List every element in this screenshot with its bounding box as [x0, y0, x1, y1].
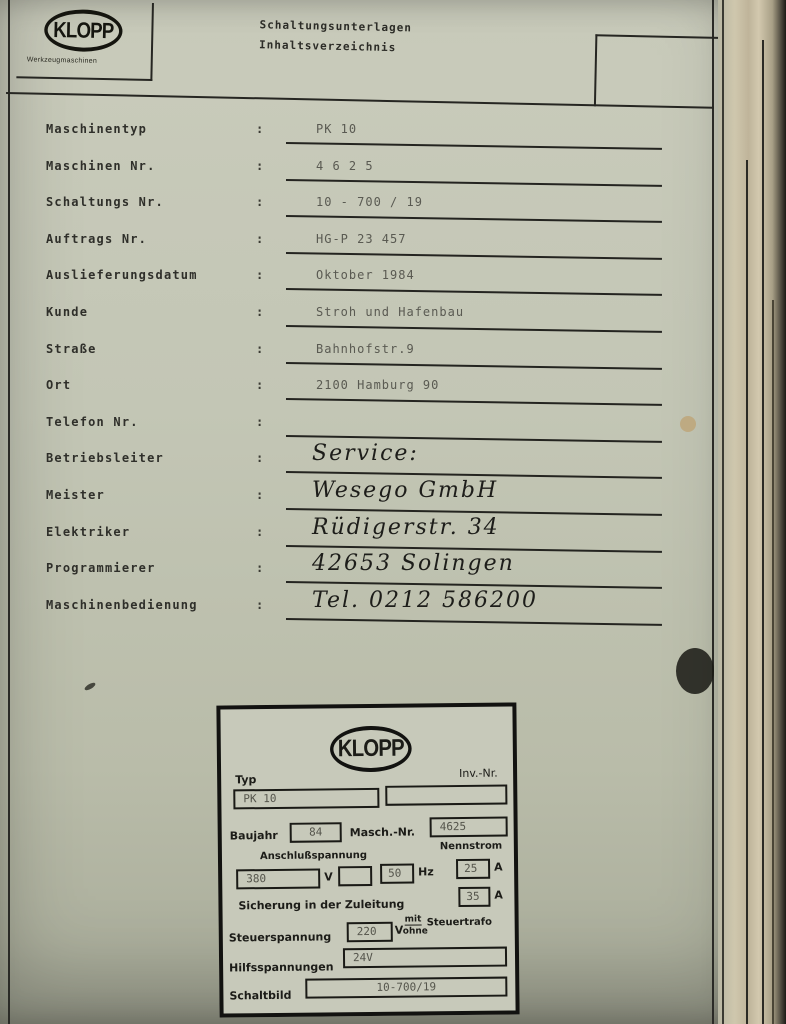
document-title: Schaltungsunterlagen Inhaltsverzeichnis — [259, 15, 412, 58]
field-label: Meister — [46, 488, 105, 502]
paper-stain — [680, 416, 696, 432]
field-label: Schaltungs Nr. — [46, 195, 164, 209]
field-row: Maschinen Nr.:4 6 2 5 — [46, 151, 676, 187]
masch-nr-value: 4625 — [430, 817, 508, 838]
nennstrom-unit: A — [494, 861, 503, 874]
field-value: PK 10 — [316, 122, 357, 136]
field-label: Auslieferungsdatum — [46, 268, 198, 282]
field-colon: : — [256, 305, 263, 319]
field-label: Telefon Nr. — [46, 415, 139, 429]
typ-label: Typ — [235, 773, 256, 786]
field-value: 42653 Solingen — [312, 551, 515, 576]
document-page: KLOPP Werkzeugmaschinen Schaltungsunterl… — [0, 0, 745, 1024]
voltage-alt-value — [338, 866, 372, 886]
ohne-label: ohne — [403, 927, 428, 936]
field-underline — [286, 142, 662, 150]
masch-nr-label: Masch.-Nr. — [350, 826, 415, 840]
field-row: Kunde:Stroh und Hafenbau — [46, 297, 676, 333]
hilfsspannungen-value: 24V — [343, 947, 507, 969]
field-underline — [286, 398, 662, 406]
stacked-page-edges — [718, 0, 786, 1024]
field-row: Programmierer:42653 Solingen — [46, 553, 676, 589]
field-row: Schaltungs Nr.:10 - 700 / 19 — [46, 187, 676, 223]
field-label: Kunde — [46, 305, 88, 319]
field-value: 10 - 700 / 19 — [316, 195, 423, 209]
field-row: Betriebsleiter:Service: — [46, 443, 676, 479]
field-colon: : — [256, 525, 263, 539]
field-row: Auslieferungsdatum:Oktober 1984 — [46, 260, 676, 296]
frequency-value: 50 — [380, 864, 414, 884]
voltage-value: 380 — [236, 869, 320, 890]
anschlussspannung-label: Anschlußspannung — [260, 850, 367, 862]
field-colon: : — [256, 378, 263, 392]
logo-box: KLOPP Werkzeugmaschinen — [16, 0, 154, 81]
typ-value: PK 10 — [233, 788, 379, 810]
nameplate-logo: KLOPP — [330, 726, 412, 773]
field-label: Auftrags Nr. — [46, 232, 147, 246]
company-logo: KLOPP — [44, 9, 123, 53]
field-row: Straße:Bahnhofstr.9 — [46, 334, 676, 370]
field-underline — [286, 252, 662, 260]
steuertrafo-label: Steuertrafo — [427, 917, 492, 929]
voltage-unit: V — [324, 870, 333, 883]
sicherung-value: 35 — [458, 887, 490, 907]
field-row: Elektriker:Rüdigerstr. 34 — [46, 517, 676, 553]
steuerspannung-label: Steuerspannung — [229, 930, 332, 944]
field-row: Meister:Wesego GmbH — [46, 480, 676, 516]
inv-nr-label: Inv.-Nr. — [459, 767, 498, 780]
field-label: Maschinenbedienung — [46, 598, 198, 612]
logo-subtitle: Werkzeugmaschinen — [27, 56, 97, 64]
field-value: Stroh und Hafenbau — [316, 305, 464, 319]
field-value: Oktober 1984 — [316, 268, 415, 282]
baujahr-label: Baujahr — [230, 829, 278, 843]
field-colon: : — [256, 415, 263, 429]
field-colon: : — [256, 342, 263, 356]
inv-nr-value — [385, 785, 507, 806]
title-line-2: Inhaltsverzeichnis — [259, 35, 412, 58]
field-value: Tel. 0212 586200 — [312, 588, 538, 613]
steuerspannung-value: 220 — [347, 922, 393, 942]
sicherung-label: Sicherung in der Zuleitung — [238, 898, 404, 913]
field-value: 4 6 2 5 — [316, 159, 374, 173]
field-colon: : — [256, 268, 263, 282]
field-colon: : — [256, 122, 263, 136]
field-value: Bahnhofstr.9 — [316, 342, 415, 356]
document-header: KLOPP Werkzeugmaschinen Schaltungsunterl… — [6, 0, 716, 109]
field-colon: : — [256, 195, 263, 209]
field-row: Ort:2100 Hamburg 90 — [46, 370, 676, 406]
field-colon: : — [256, 561, 263, 575]
field-underline — [286, 215, 662, 223]
field-row: Telefon Nr.: — [46, 407, 676, 443]
field-colon: : — [256, 488, 263, 502]
nennstrom-value: 25 — [456, 859, 490, 879]
field-label: Elektriker — [46, 525, 130, 539]
sicherung-unit: A — [494, 889, 503, 902]
field-value: 2100 Hamburg 90 — [316, 378, 439, 392]
field-colon: : — [256, 232, 263, 246]
schaltbild-value: 10-700/19 — [305, 977, 507, 999]
header-empty-cell — [594, 34, 723, 109]
frequency-unit: Hz — [418, 865, 434, 878]
mit-label: mit — [405, 915, 422, 925]
field-underline — [286, 362, 662, 370]
field-colon: : — [256, 451, 263, 465]
field-label: Maschinentyp — [46, 122, 147, 136]
field-colon: : — [256, 159, 263, 173]
field-underline — [286, 618, 662, 626]
field-underline — [286, 179, 662, 187]
field-row: Maschinenbedienung:Tel. 0212 586200 — [46, 590, 676, 626]
field-label: Betriebsleiter — [46, 451, 164, 465]
baujahr-value: 84 — [290, 822, 342, 843]
stain-mark — [676, 648, 714, 694]
field-row: Maschinentyp:PK 10 — [46, 114, 676, 150]
field-colon: : — [256, 598, 263, 612]
field-label: Ort — [46, 378, 71, 392]
field-value: Wesego GmbH — [312, 478, 498, 503]
field-row: Auftrags Nr.:HG-P 23 457 — [46, 224, 676, 260]
field-label: Maschinen Nr. — [46, 159, 156, 173]
nennstrom-label: Nennstrom — [440, 841, 502, 853]
field-label: Straße — [46, 342, 97, 356]
hilfsspannungen-label: Hilfsspannungen — [229, 960, 334, 974]
field-underline — [286, 288, 662, 296]
field-underline — [286, 325, 662, 333]
machine-nameplate: KLOPP Typ Inv.-Nr. PK 10 Baujahr 84 Masc… — [216, 702, 519, 1017]
field-value: HG-P 23 457 — [316, 232, 406, 246]
field-value: Service: — [312, 441, 419, 466]
schaltbild-label: Schaltbild — [229, 989, 291, 1003]
field-value: Rüdigerstr. 34 — [312, 515, 500, 540]
field-label: Programmierer — [46, 561, 156, 575]
